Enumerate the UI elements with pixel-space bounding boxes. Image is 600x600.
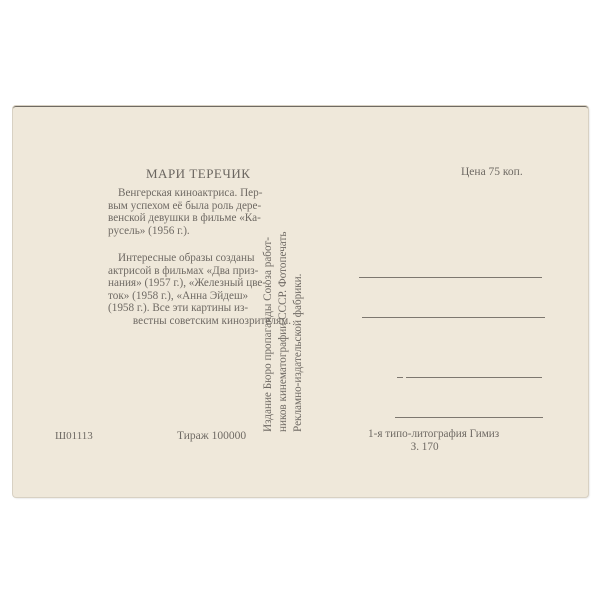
order-number: З. 170 (350, 441, 499, 454)
address-line (406, 377, 542, 378)
actress-name-title: МАРИ ТЕРЕЧИК (146, 166, 250, 182)
postcard-back: МАРИ ТЕРЕЧИК Венгерская киноактриса. Пер… (13, 106, 588, 497)
printer-imprint: 1-я типо-литография Гимиз З. 170 (368, 428, 499, 454)
publisher-imprint-vertical: Издание Бюро пропаганды Союза работ- ник… (261, 160, 309, 432)
address-line-dash (397, 377, 403, 378)
publisher-line: ников кинематографии СССР. Фотопечать (276, 160, 291, 432)
publisher-line: Рекламно-издательской фабрики. (291, 160, 306, 432)
print-run: Тираж 100000 (177, 430, 246, 442)
address-line (359, 277, 542, 278)
price-label: Цена 75 коп. (461, 166, 523, 178)
printer-name: 1-я типо-литография Гимиз (368, 428, 499, 440)
publisher-line: Издание Бюро пропаганды Союза работ- (261, 160, 276, 432)
address-line (395, 417, 543, 418)
address-line (362, 317, 545, 318)
catalog-code: Ш01113 (55, 430, 93, 442)
